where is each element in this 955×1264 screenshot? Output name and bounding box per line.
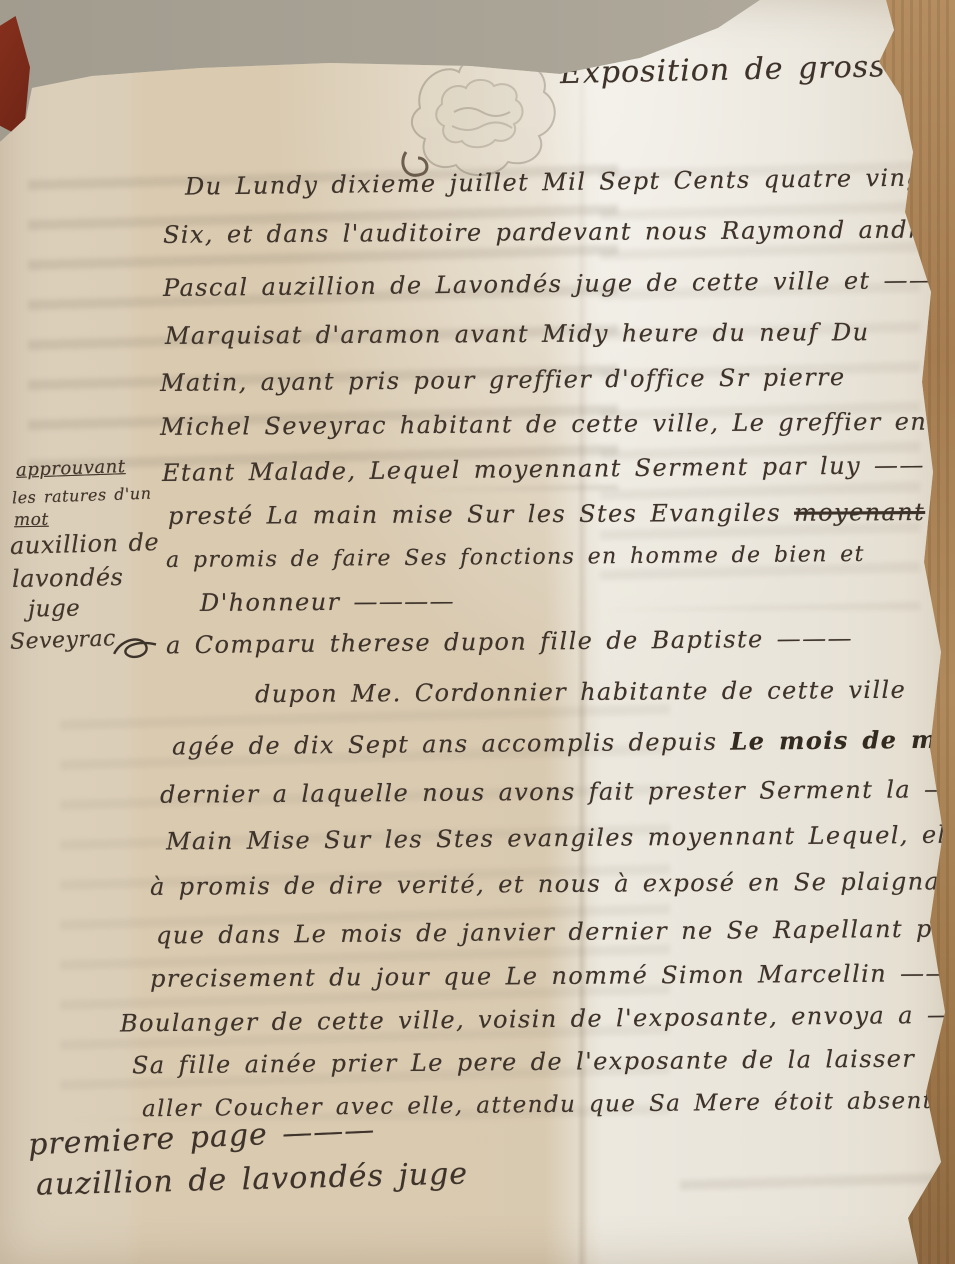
margin-note-text: mot (14, 510, 49, 531)
line-text: precisement du jour que Le nommé Simon M… (150, 959, 951, 993)
line-text: D'honneur ———— (200, 587, 455, 617)
ink-bleedthrough (680, 1150, 935, 1205)
line-text: Sa fille ainée prier Le pere de l'exposa… (132, 1045, 915, 1080)
emphasized-words: Le mois de mar. (730, 724, 955, 755)
judge-signature: auzillion de lavondés juge (36, 1156, 469, 1202)
manuscript-line: Main Mise Sur les Stes evangiles moyenna… (166, 820, 955, 855)
manuscript-line: Michel Seveyrac habitant de cette ville,… (160, 407, 955, 441)
margin-note-text: approuvant (16, 456, 126, 481)
line-text: agée de dix Sept ans accomplis depuis (172, 728, 731, 761)
manuscript-line: precisement du jour que Le nommé Simon M… (150, 959, 951, 993)
manuscript-line: dernier a laquelle nous avons fait prest… (160, 775, 950, 809)
manuscript-line: D'honneur ———— (200, 587, 455, 617)
margin-note: les ratures d'un (12, 484, 152, 508)
margin-signature: juge (28, 596, 81, 623)
signature-text: auzillion de lavondés juge (36, 1156, 469, 1202)
embossed-tax-stamp-icon (396, 46, 568, 184)
manuscript-line: Marquisat d'aramon avant Midy heure du n… (165, 318, 870, 350)
struck-word: moyenant (794, 498, 925, 527)
manuscript-photo: Exposition de grossesse Du Lundy dixieme… (0, 0, 955, 1264)
line-text: Marquisat d'aramon avant Midy heure du n… (165, 318, 870, 350)
manuscript-line: a Comparu therese dupon fille de Baptist… (112, 624, 853, 661)
line-text: dupon Me. Cordonnier habitante de cette … (255, 676, 906, 709)
margin-signature: Seveyrac (10, 626, 117, 655)
manuscript-line: Six, et dans l'auditoire pardevant nous … (163, 215, 955, 249)
paraph-flourish-icon (112, 633, 158, 661)
margin-note-text: juge (28, 596, 81, 623)
margin-signature: auxillion de (10, 528, 160, 560)
manuscript-line: que dans Le mois de janvier dernier ne S… (156, 914, 955, 949)
margin-note: approuvant (16, 456, 126, 481)
manuscript-line: Matin, ayant pris pour greffier d'office… (160, 363, 846, 397)
line-text: dernier a laquelle nous avons fait prest… (160, 775, 950, 809)
manuscript-line: Sa fille ainée prier Le pere de l'exposa… (132, 1045, 915, 1080)
manuscript-sheet: Exposition de grossesse Du Lundy dixieme… (0, 0, 955, 1264)
line-text: Michel Seveyrac habitant de cette ville,… (160, 407, 955, 441)
line-text: Matin, ayant pris pour greffier d'office… (160, 363, 846, 397)
line-text: Main Mise Sur les Stes evangiles moyenna… (166, 820, 955, 855)
line-text: a Comparu therese dupon fille de Baptist… (166, 624, 853, 659)
manuscript-line: à promis de dire verité, et nous à expos… (150, 867, 955, 901)
margin-note-text: Seveyrac (10, 626, 117, 655)
margin-note-text: les ratures d'un (12, 484, 152, 508)
manuscript-line: agée de dix Sept ans accomplis depuis Le… (172, 724, 955, 760)
line-text: que dans Le mois de janvier dernier ne S… (156, 914, 955, 949)
manuscript-line: presté La main mise Sur les Stes Evangil… (168, 498, 925, 530)
line-text: presté La main mise Sur les Stes Evangil… (168, 499, 794, 530)
margin-signature: lavondés (12, 563, 124, 593)
margin-note-text: lavondés (12, 563, 124, 593)
line-text: Six, et dans l'auditoire pardevant nous … (163, 215, 955, 249)
manuscript-line: dupon Me. Cordonnier habitante de cette … (255, 676, 906, 709)
margin-note-text: auxillion de (10, 528, 160, 560)
line-text: à promis de dire verité, et nous à expos… (150, 867, 955, 901)
margin-note: mot (14, 510, 49, 531)
